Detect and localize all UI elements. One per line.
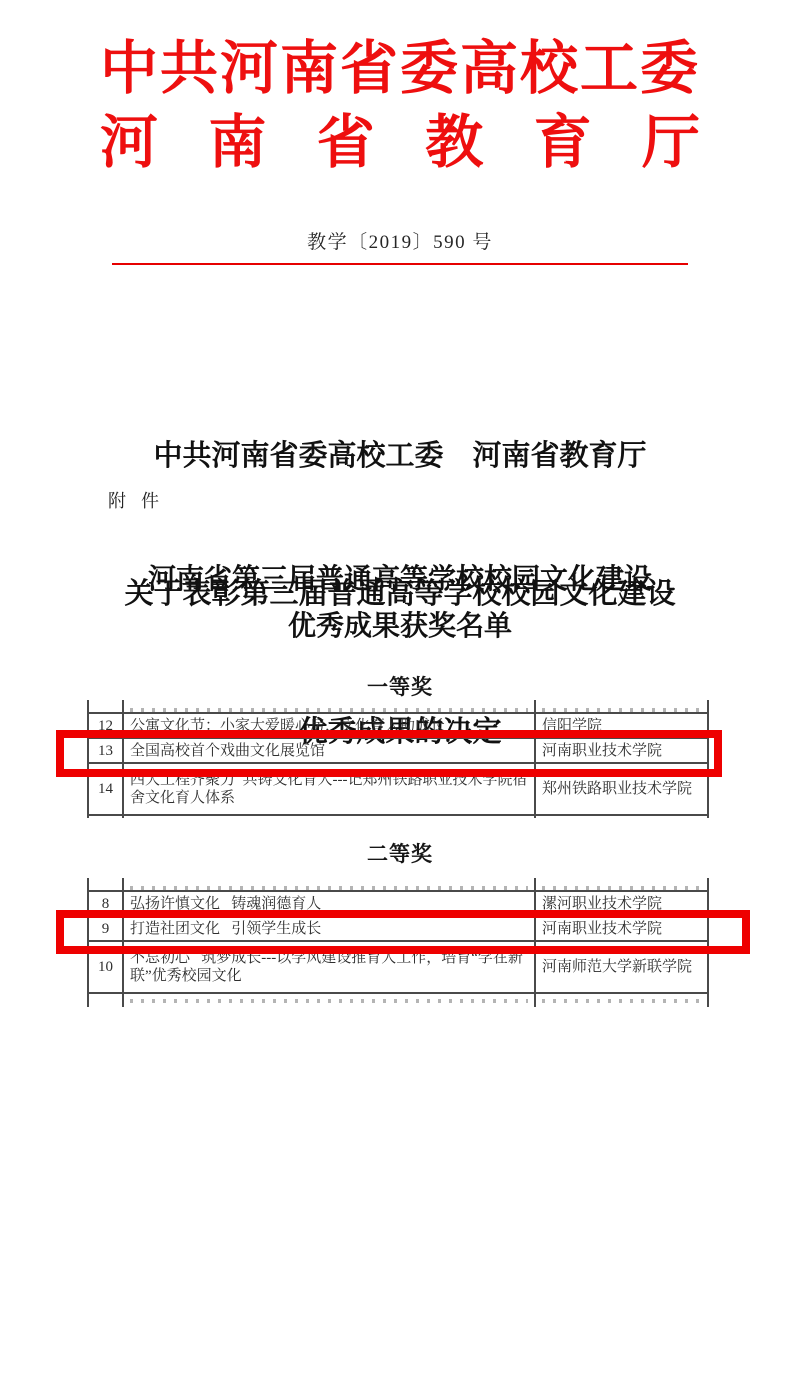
clipped-glyphs: [542, 886, 701, 890]
table-row-clipped-bottom: [88, 815, 708, 818]
highlight-box-second-prize-row9: [56, 910, 750, 954]
title-cell: [123, 815, 535, 818]
rank-cell: [88, 700, 123, 713]
school-cell: [535, 993, 708, 1007]
school-cell: [535, 878, 708, 891]
title-cell: [123, 700, 535, 713]
award-list-subtitle-line2: 优秀成果获奖名单: [0, 603, 800, 650]
award-list-subtitle-line1: 河南省第三届普通高等学校校园文化建设: [0, 556, 800, 603]
table-row-clipped-top: [88, 700, 708, 713]
award-list-subtitle: 河南省第三届普通高等学校校园文化建设 优秀成果获奖名单: [0, 556, 800, 650]
clipped-glyphs: [542, 708, 701, 712]
rank-cell: [88, 993, 123, 1007]
document-number: 教学〔2019〕590 号: [0, 227, 800, 254]
letterhead-org-line2: 河南省教育厅: [100, 110, 700, 176]
table-row-clipped-top: [88, 878, 708, 891]
title-cell: [123, 878, 535, 891]
rank-cell: [88, 878, 123, 891]
clipped-glyphs: [130, 999, 528, 1003]
school-cell: [535, 700, 708, 713]
clipped-glyphs: [130, 886, 528, 890]
decision-title-line1: 中共河南省委高校工委 河南省教育厅: [0, 433, 800, 479]
section-heading-first-prize: 一等奖: [0, 671, 800, 701]
red-separator-rule: [112, 263, 688, 265]
document-page: 中共河南省委高校工委 河南省教育厅 教学〔2019〕590 号 中共河南省委高校…: [0, 0, 800, 1400]
highlight-box-first-prize-row13: [56, 730, 722, 777]
title-cell: [123, 993, 535, 1007]
attachment-label: 附 件: [108, 487, 161, 513]
letterhead-org-line1: 中共河南省委高校工委: [0, 36, 800, 102]
section-heading-second-prize: 二等奖: [0, 838, 800, 868]
table-row-clipped-bottom: [88, 993, 708, 1007]
school-cell: [535, 815, 708, 818]
clipped-glyphs: [130, 708, 528, 712]
clipped-glyphs: [542, 999, 701, 1003]
rank-cell: [88, 815, 123, 818]
